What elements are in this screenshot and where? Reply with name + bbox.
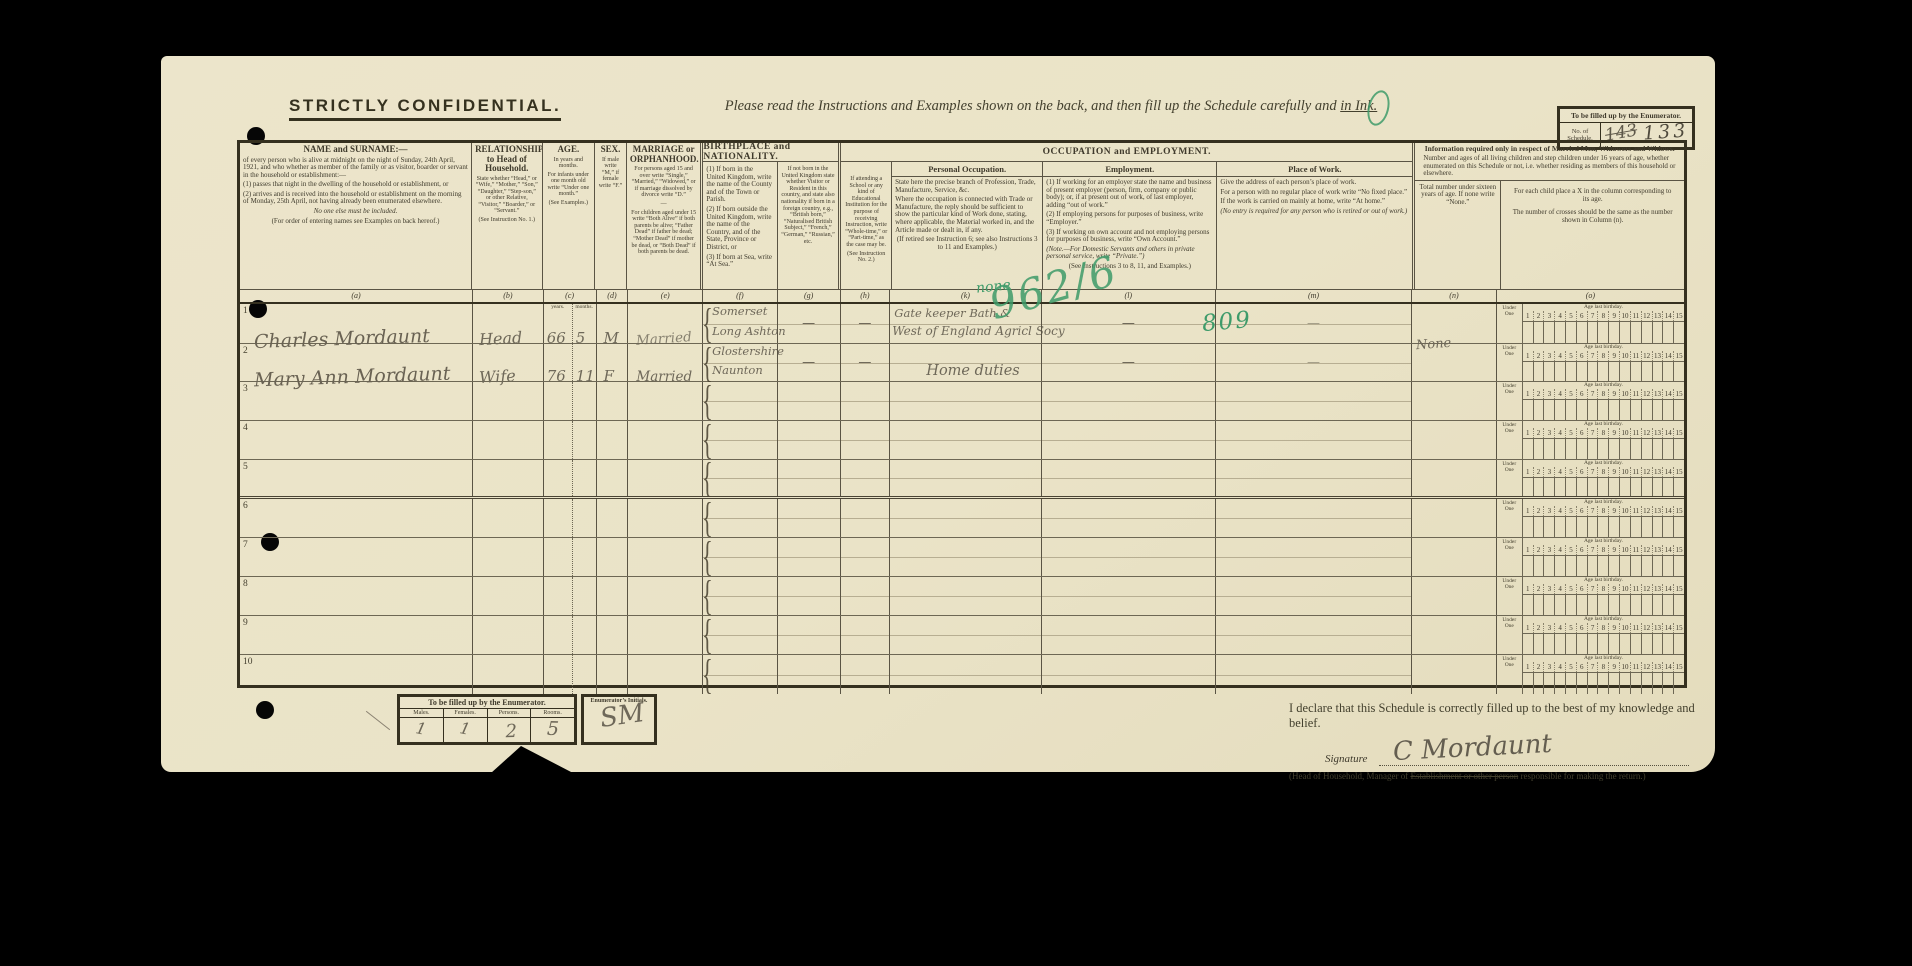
age-grid-box <box>1630 439 1641 459</box>
cell-nationality <box>777 499 840 537</box>
age-grid-number: 6 <box>1576 467 1587 477</box>
age-grid-caption: Age last birthday. <box>1523 344 1684 351</box>
age-grid: Age last birthday.123456789101112131415 <box>1523 616 1684 654</box>
cell-children-total <box>1411 538 1496 576</box>
age-grid-box <box>1523 478 1533 496</box>
row-number: 4 <box>243 423 248 433</box>
age-grid-box <box>1587 439 1598 459</box>
cell-sex: M <box>596 304 628 343</box>
cell-nationality: — <box>777 344 840 381</box>
age-grid-number: 5 <box>1565 584 1576 594</box>
cell-nationality <box>777 421 840 459</box>
age-grid-numbers: 123456789101112131415 <box>1523 623 1684 633</box>
age-grid-number: 13 <box>1652 584 1663 594</box>
age-grid-number: 7 <box>1587 584 1598 594</box>
row-number: 1 <box>243 306 248 316</box>
age-grid-box <box>1554 595 1565 615</box>
hw-school-dash: — <box>841 315 890 330</box>
age-months-cell <box>573 421 596 459</box>
age-grid-number: 15 <box>1673 467 1684 477</box>
cell-sex <box>596 421 628 459</box>
age-grid-box <box>1630 595 1641 615</box>
age-grid-box <box>1597 517 1608 537</box>
age-grid-number: 1 <box>1523 623 1533 633</box>
age-grid-box <box>1554 439 1565 459</box>
age-months-cell <box>573 616 596 654</box>
age-grid-box <box>1523 673 1533 694</box>
age-grid-under-one-label: UnderOne <box>1497 304 1523 343</box>
age-grid-number: 14 <box>1662 662 1673 672</box>
age-grid-box <box>1533 517 1544 537</box>
age-grid-box <box>1641 517 1652 537</box>
age-years-cell <box>544 460 573 496</box>
age-grid-box <box>1554 634 1565 654</box>
age-grid-box <box>1543 478 1554 496</box>
age-grid-number: 11 <box>1630 623 1641 633</box>
cell-place-of-work <box>1215 499 1411 537</box>
age-grid-number: 4 <box>1554 662 1565 672</box>
age-grid-number: 8 <box>1597 545 1608 555</box>
age-grid-number: 8 <box>1597 428 1608 438</box>
age-grid-box <box>1533 400 1544 420</box>
age-grid-under-one-label: UnderOne <box>1497 344 1523 381</box>
cell-children-ages: UnderOneAge last birthday.12345678910111… <box>1496 655 1684 694</box>
header-nationality: If not born in the United Kingdom state … <box>777 162 839 289</box>
age-grid-boxes <box>1523 555 1684 576</box>
age-grid-number: 5 <box>1565 389 1576 399</box>
cell-sex <box>596 460 628 496</box>
age-grid-number: 5 <box>1565 506 1576 516</box>
age-grid-box <box>1533 362 1544 381</box>
hw-females-count: 1 <box>458 718 472 739</box>
row-number: 10 <box>243 657 253 667</box>
age-grid-box <box>1587 556 1598 576</box>
age-grid-box <box>1565 634 1576 654</box>
table-row: 4UnderOneAge last birthday.1234567891011… <box>240 421 1684 460</box>
age-grid-box <box>1576 439 1587 459</box>
cell-name: 4 <box>240 421 472 459</box>
age-grid-number: 11 <box>1630 545 1641 555</box>
age-grid-number: 15 <box>1673 506 1684 516</box>
age-grid-box <box>1543 634 1554 654</box>
cell-children-total <box>1411 382 1496 420</box>
age-grid-boxes <box>1523 477 1684 496</box>
cell-name: 9 <box>240 616 472 654</box>
age-grid-caption: Age last birthday. <box>1523 655 1684 662</box>
cell-occupation <box>889 616 1040 654</box>
age-grid-number: 10 <box>1619 351 1630 361</box>
age-grid: Age last birthday.123456789101112131415 <box>1523 655 1684 694</box>
hw-occupation-line2: West of England Agricl Socy <box>892 324 1064 338</box>
age-grid-box <box>1565 673 1576 694</box>
age-grid-number: 7 <box>1587 662 1598 672</box>
age-grid-box <box>1630 362 1641 381</box>
header-age: AGE. In years and months. For infants un… <box>542 143 595 289</box>
row-number: 2 <box>243 346 248 356</box>
under-one-line2: One <box>1497 506 1522 512</box>
age-months-cell <box>573 499 596 537</box>
hw-children-total: None <box>1416 336 1452 353</box>
age-grid-box <box>1554 517 1565 537</box>
age-grid-box <box>1523 517 1533 537</box>
age-grid-box <box>1608 478 1619 496</box>
cell-school: — <box>840 344 890 381</box>
age-grid-box <box>1641 634 1652 654</box>
cell-marriage <box>627 538 702 576</box>
age-grid-number: 1 <box>1523 545 1533 555</box>
cell-children-ages: UnderOneAge last birthday.12345678910111… <box>1496 460 1684 496</box>
under-one-line2: One <box>1497 545 1522 551</box>
cell-birthplace <box>702 655 777 694</box>
header-school: If attending a School or any kind of Edu… <box>841 162 891 289</box>
cell-occupation <box>889 499 1040 537</box>
age-grid-box <box>1673 634 1684 654</box>
cell-school <box>840 421 890 459</box>
age-grid-box <box>1533 634 1544 654</box>
age-grid-number: 15 <box>1673 389 1684 399</box>
cell-nationality <box>777 538 840 576</box>
struck-responsible-text: Establishment or other person <box>1410 771 1518 781</box>
age-grid-numbers: 123456789101112131415 <box>1523 428 1684 438</box>
table-row: 9UnderOneAge last birthday.1234567891011… <box>240 616 1684 655</box>
cell-name: 10 <box>240 655 472 694</box>
age-grid-boxes <box>1523 633 1684 654</box>
age-grid-number: 13 <box>1652 623 1663 633</box>
cell-age <box>543 577 596 615</box>
age-grid-box <box>1576 634 1587 654</box>
age-grid-box <box>1641 556 1652 576</box>
hw-birthplace-line2: Long Ashton <box>712 324 786 338</box>
age-grid-number: 5 <box>1565 662 1576 672</box>
hw-nationality-dash: — <box>778 354 840 369</box>
header-name: NAME and SURNAME:— of every person who i… <box>240 143 471 289</box>
age-grid-box <box>1662 634 1673 654</box>
age-months-cell <box>573 538 596 576</box>
age-grid-number: 7 <box>1587 623 1598 633</box>
age-grid-box <box>1652 595 1663 615</box>
age-grid-number: 12 <box>1641 351 1652 361</box>
cell-marriage: Married <box>627 344 702 381</box>
declaration-responsible-note: (Head of Household, Manager of Establish… <box>1289 771 1729 781</box>
age-grid-box <box>1630 556 1641 576</box>
age-grid-number: 9 <box>1608 623 1619 633</box>
under-one-line2: One <box>1497 467 1522 473</box>
cell-school <box>840 499 890 537</box>
cell-nationality <box>777 616 840 654</box>
age-grid-number: 15 <box>1673 311 1684 321</box>
age-grid-box <box>1576 322 1587 343</box>
cell-relationship <box>472 577 543 615</box>
age-grid-box <box>1619 517 1630 537</box>
age-grid-box <box>1533 595 1544 615</box>
age-months-cell <box>573 655 596 694</box>
cell-children-total <box>1411 616 1496 654</box>
age-grid: Age last birthday.123456789101112131415 <box>1523 421 1684 459</box>
age-grid-number: 11 <box>1630 506 1641 516</box>
under-one-line2: One <box>1497 351 1522 357</box>
age-grid-number: 3 <box>1543 623 1554 633</box>
age-grid-number: 2 <box>1533 428 1544 438</box>
hw-enumerator-initials: SM <box>598 698 646 734</box>
under-one-line2: One <box>1497 623 1522 629</box>
cell-employment <box>1041 616 1215 654</box>
age-grid-box <box>1673 595 1684 615</box>
cell-birthplace <box>702 616 777 654</box>
cell-name: 6 <box>240 499 472 537</box>
males-value-cell: 1 <box>400 718 443 742</box>
row-number: 3 <box>243 384 248 394</box>
cell-occupation <box>889 655 1040 694</box>
age-grid-box <box>1619 322 1630 343</box>
age-grid-number: 15 <box>1673 584 1684 594</box>
age-grid-number: 12 <box>1641 467 1652 477</box>
age-grid-box <box>1608 556 1619 576</box>
enumerator-totals-box: To be filled up by the Enumerator. Males… <box>397 694 577 745</box>
cell-birthplace <box>702 577 777 615</box>
cell-relationship <box>472 538 543 576</box>
age-grid-number: 2 <box>1533 545 1544 555</box>
age-grid-number: 2 <box>1533 584 1544 594</box>
age-grid-box <box>1523 400 1533 420</box>
age-grid-number: 7 <box>1587 351 1598 361</box>
table-header: NAME and SURNAME:— of every person who i… <box>240 143 1684 289</box>
age-grid-box <box>1597 556 1608 576</box>
age-grid-number: 6 <box>1576 389 1587 399</box>
age-months-cell <box>573 382 596 420</box>
age-grid-number: 9 <box>1608 351 1619 361</box>
cell-name: 1Charles Mordaunt <box>240 304 472 343</box>
age-grid-box <box>1587 595 1598 615</box>
age-grid-number: 7 <box>1587 467 1598 477</box>
paper-tear-notch <box>491 746 573 773</box>
age-grid-numbers: 123456789101112131415 <box>1523 389 1684 399</box>
cell-school <box>840 577 890 615</box>
age-grid-number: 11 <box>1630 389 1641 399</box>
age-grid-box <box>1652 322 1663 343</box>
age-grid-number: 9 <box>1608 311 1619 321</box>
hw-males-count: 1 <box>414 718 428 739</box>
age-grid-number: 15 <box>1673 662 1684 672</box>
age-grid-box <box>1576 673 1587 694</box>
age-grid-boxes <box>1523 594 1684 615</box>
age-grid-box <box>1576 478 1587 496</box>
cell-birthplace <box>702 499 777 537</box>
age-grid-number: 10 <box>1619 623 1630 633</box>
header-personal-occupation: Personal Occupation. State here the prec… <box>891 162 1042 289</box>
age-grid-box <box>1619 634 1630 654</box>
cell-marriage <box>627 499 702 537</box>
cell-relationship: Head <box>472 304 543 343</box>
age-grid-box <box>1673 400 1684 420</box>
age-grid-number: 8 <box>1597 662 1608 672</box>
age-grid-box <box>1543 400 1554 420</box>
age-grid-number: 15 <box>1673 351 1684 361</box>
age-grid-box <box>1576 556 1587 576</box>
cell-employment <box>1041 382 1215 420</box>
age-grid-number: 4 <box>1554 311 1565 321</box>
age-grid-box <box>1554 478 1565 496</box>
cell-school <box>840 616 890 654</box>
age-grid-number: 1 <box>1523 351 1533 361</box>
age-grid-under-one-label: UnderOne <box>1497 460 1523 496</box>
age-grid-number: 1 <box>1523 662 1533 672</box>
cell-age <box>543 421 596 459</box>
age-grid: Age last birthday.123456789101112131415 <box>1523 460 1684 496</box>
cell-place-of-work: — <box>1215 344 1411 381</box>
cell-sex <box>596 382 628 420</box>
age-grid-box <box>1587 478 1598 496</box>
cell-sex: F <box>596 344 628 381</box>
age-grid-number: 10 <box>1619 428 1630 438</box>
age-grid-box <box>1630 634 1641 654</box>
age-grid-number: 12 <box>1641 662 1652 672</box>
age-grid-number: 9 <box>1608 506 1619 516</box>
cell-place-of-work <box>1215 616 1411 654</box>
age-grid-number: 3 <box>1543 351 1554 361</box>
age-grid-number: 14 <box>1662 584 1673 594</box>
age-grid-box <box>1641 400 1652 420</box>
age-grid-number: 6 <box>1576 311 1587 321</box>
age-grid-box <box>1523 595 1533 615</box>
age-grid-box <box>1554 322 1565 343</box>
table-row: 2Mary Ann MordauntWife7611FMarriedGloste… <box>240 344 1684 382</box>
cell-occupation <box>889 577 1040 615</box>
age-grid-number: 11 <box>1630 428 1641 438</box>
age-grid-box <box>1652 362 1663 381</box>
age-grid-box <box>1619 595 1630 615</box>
age-grid-number: 3 <box>1543 662 1554 672</box>
signature-label: Signature <box>1325 753 1367 765</box>
cell-children-ages: UnderOneAge last birthday.12345678910111… <box>1496 421 1684 459</box>
age-grid-box <box>1662 362 1673 381</box>
declaration-text: I declare that this Schedule is correctl… <box>1289 701 1729 731</box>
age-grid-box <box>1565 362 1576 381</box>
age-grid-number: 4 <box>1554 467 1565 477</box>
row-number: 9 <box>243 618 248 628</box>
header-birthplace: (1) If born in the United Kingdom, write… <box>703 162 776 289</box>
age-grid: Age last birthday.123456789101112131415 <box>1523 382 1684 420</box>
signature-row: Signature C Mordaunt <box>1289 731 1729 765</box>
age-grid-box <box>1619 478 1630 496</box>
age-grid-box <box>1673 517 1684 537</box>
enumerator-totals-values: 1 1 2 5 <box>400 718 574 742</box>
age-grid-box <box>1652 400 1663 420</box>
age-grid-box <box>1597 400 1608 420</box>
age-grid-box <box>1619 439 1630 459</box>
hw-relationship: Head <box>479 328 523 349</box>
age-years-cell <box>544 382 573 420</box>
age-grid-number: 3 <box>1543 584 1554 594</box>
cell-nationality <box>777 655 840 694</box>
viewer-background: STRICTLY CONFIDENTIAL. Please read the I… <box>0 0 1912 966</box>
age-grid-number: 15 <box>1673 623 1684 633</box>
cell-age <box>543 499 596 537</box>
age-grid-box <box>1673 362 1684 381</box>
hw-nationality-dash: — <box>778 315 840 330</box>
age-grid-number: 13 <box>1652 428 1663 438</box>
age-grid-number: 11 <box>1630 584 1641 594</box>
hw-employment-dash: — <box>1042 354 1215 369</box>
age-grid-number: 7 <box>1587 545 1598 555</box>
age-grid-number: 6 <box>1576 545 1587 555</box>
cell-employment <box>1041 655 1215 694</box>
age-grid-box <box>1543 595 1554 615</box>
age-grid-box <box>1662 595 1673 615</box>
age-grid-box <box>1619 556 1630 576</box>
cell-school <box>840 460 890 496</box>
cell-marriage <box>627 421 702 459</box>
hw-green-employment-code: 809 <box>1201 307 1253 337</box>
age-grid-number: 11 <box>1630 467 1641 477</box>
age-grid-number: 7 <box>1587 389 1598 399</box>
cell-employment: — <box>1041 344 1215 381</box>
cell-nationality <box>777 577 840 615</box>
age-grid-numbers: 123456789101112131415 <box>1523 545 1684 555</box>
age-grid-number: 1 <box>1523 584 1533 594</box>
age-grid-number: 3 <box>1543 545 1554 555</box>
cell-relationship <box>472 655 543 694</box>
enumerator-summary: To be filled up by the Enumerator. Males… <box>397 694 657 745</box>
age-grid-box <box>1523 439 1533 459</box>
row-number: 5 <box>243 462 248 472</box>
age-grid-number: 14 <box>1662 506 1673 516</box>
cell-relationship: Wife <box>472 344 543 381</box>
age-grid-box <box>1533 556 1544 576</box>
age-grid-number: 3 <box>1543 506 1554 516</box>
cell-place-of-work <box>1215 577 1411 615</box>
age-grid-number: 3 <box>1543 428 1554 438</box>
cell-children-ages: UnderOneAge last birthday.12345678910111… <box>1496 499 1684 537</box>
age-grid-box <box>1597 439 1608 459</box>
age-grid-boxes <box>1523 321 1684 343</box>
age-grid-box <box>1533 439 1544 459</box>
age-grid-number: 4 <box>1554 389 1565 399</box>
age-grid-box <box>1523 322 1533 343</box>
age-grid-box <box>1608 439 1619 459</box>
cell-occupation <box>889 382 1040 420</box>
cell-employment: — <box>1041 304 1215 343</box>
age-grid-number: 14 <box>1662 351 1673 361</box>
age-grid-number: 10 <box>1619 584 1630 594</box>
age-grid-box <box>1641 439 1652 459</box>
age-grid-number: 7 <box>1587 311 1598 321</box>
cell-relationship <box>472 421 543 459</box>
hw-persons-count: 2 <box>505 721 517 742</box>
age-grid-box <box>1597 634 1608 654</box>
age-grid-boxes <box>1523 438 1684 459</box>
header-place-of-work: Place of Work. Give the address of each … <box>1216 162 1412 289</box>
table-row: 5UnderOneAge last birthday.1234567891011… <box>240 460 1684 499</box>
cell-marriage <box>627 655 702 694</box>
age-grid: Age last birthday.123456789101112131415 <box>1523 577 1684 615</box>
females-value-cell: 1 <box>443 718 487 742</box>
age-grid-box <box>1565 556 1576 576</box>
age-grid-numbers: 123456789101112131415 <box>1523 662 1684 672</box>
age-grid-number: 12 <box>1641 623 1652 633</box>
age-grid-box <box>1652 439 1663 459</box>
age-months-cell <box>573 460 596 496</box>
age-grid-under-one-label: UnderOne <box>1497 655 1523 694</box>
age-grid-number: 14 <box>1662 467 1673 477</box>
age-grid-number: 6 <box>1576 506 1587 516</box>
age-years-cell: 76 <box>544 344 573 381</box>
age-grid-boxes <box>1523 399 1684 420</box>
age-grid-box <box>1608 673 1619 694</box>
age-grid-box <box>1533 478 1544 496</box>
age-grid-number: 8 <box>1597 623 1608 633</box>
hw-signature: C Mordaunt <box>1392 729 1552 767</box>
cell-sex <box>596 499 628 537</box>
